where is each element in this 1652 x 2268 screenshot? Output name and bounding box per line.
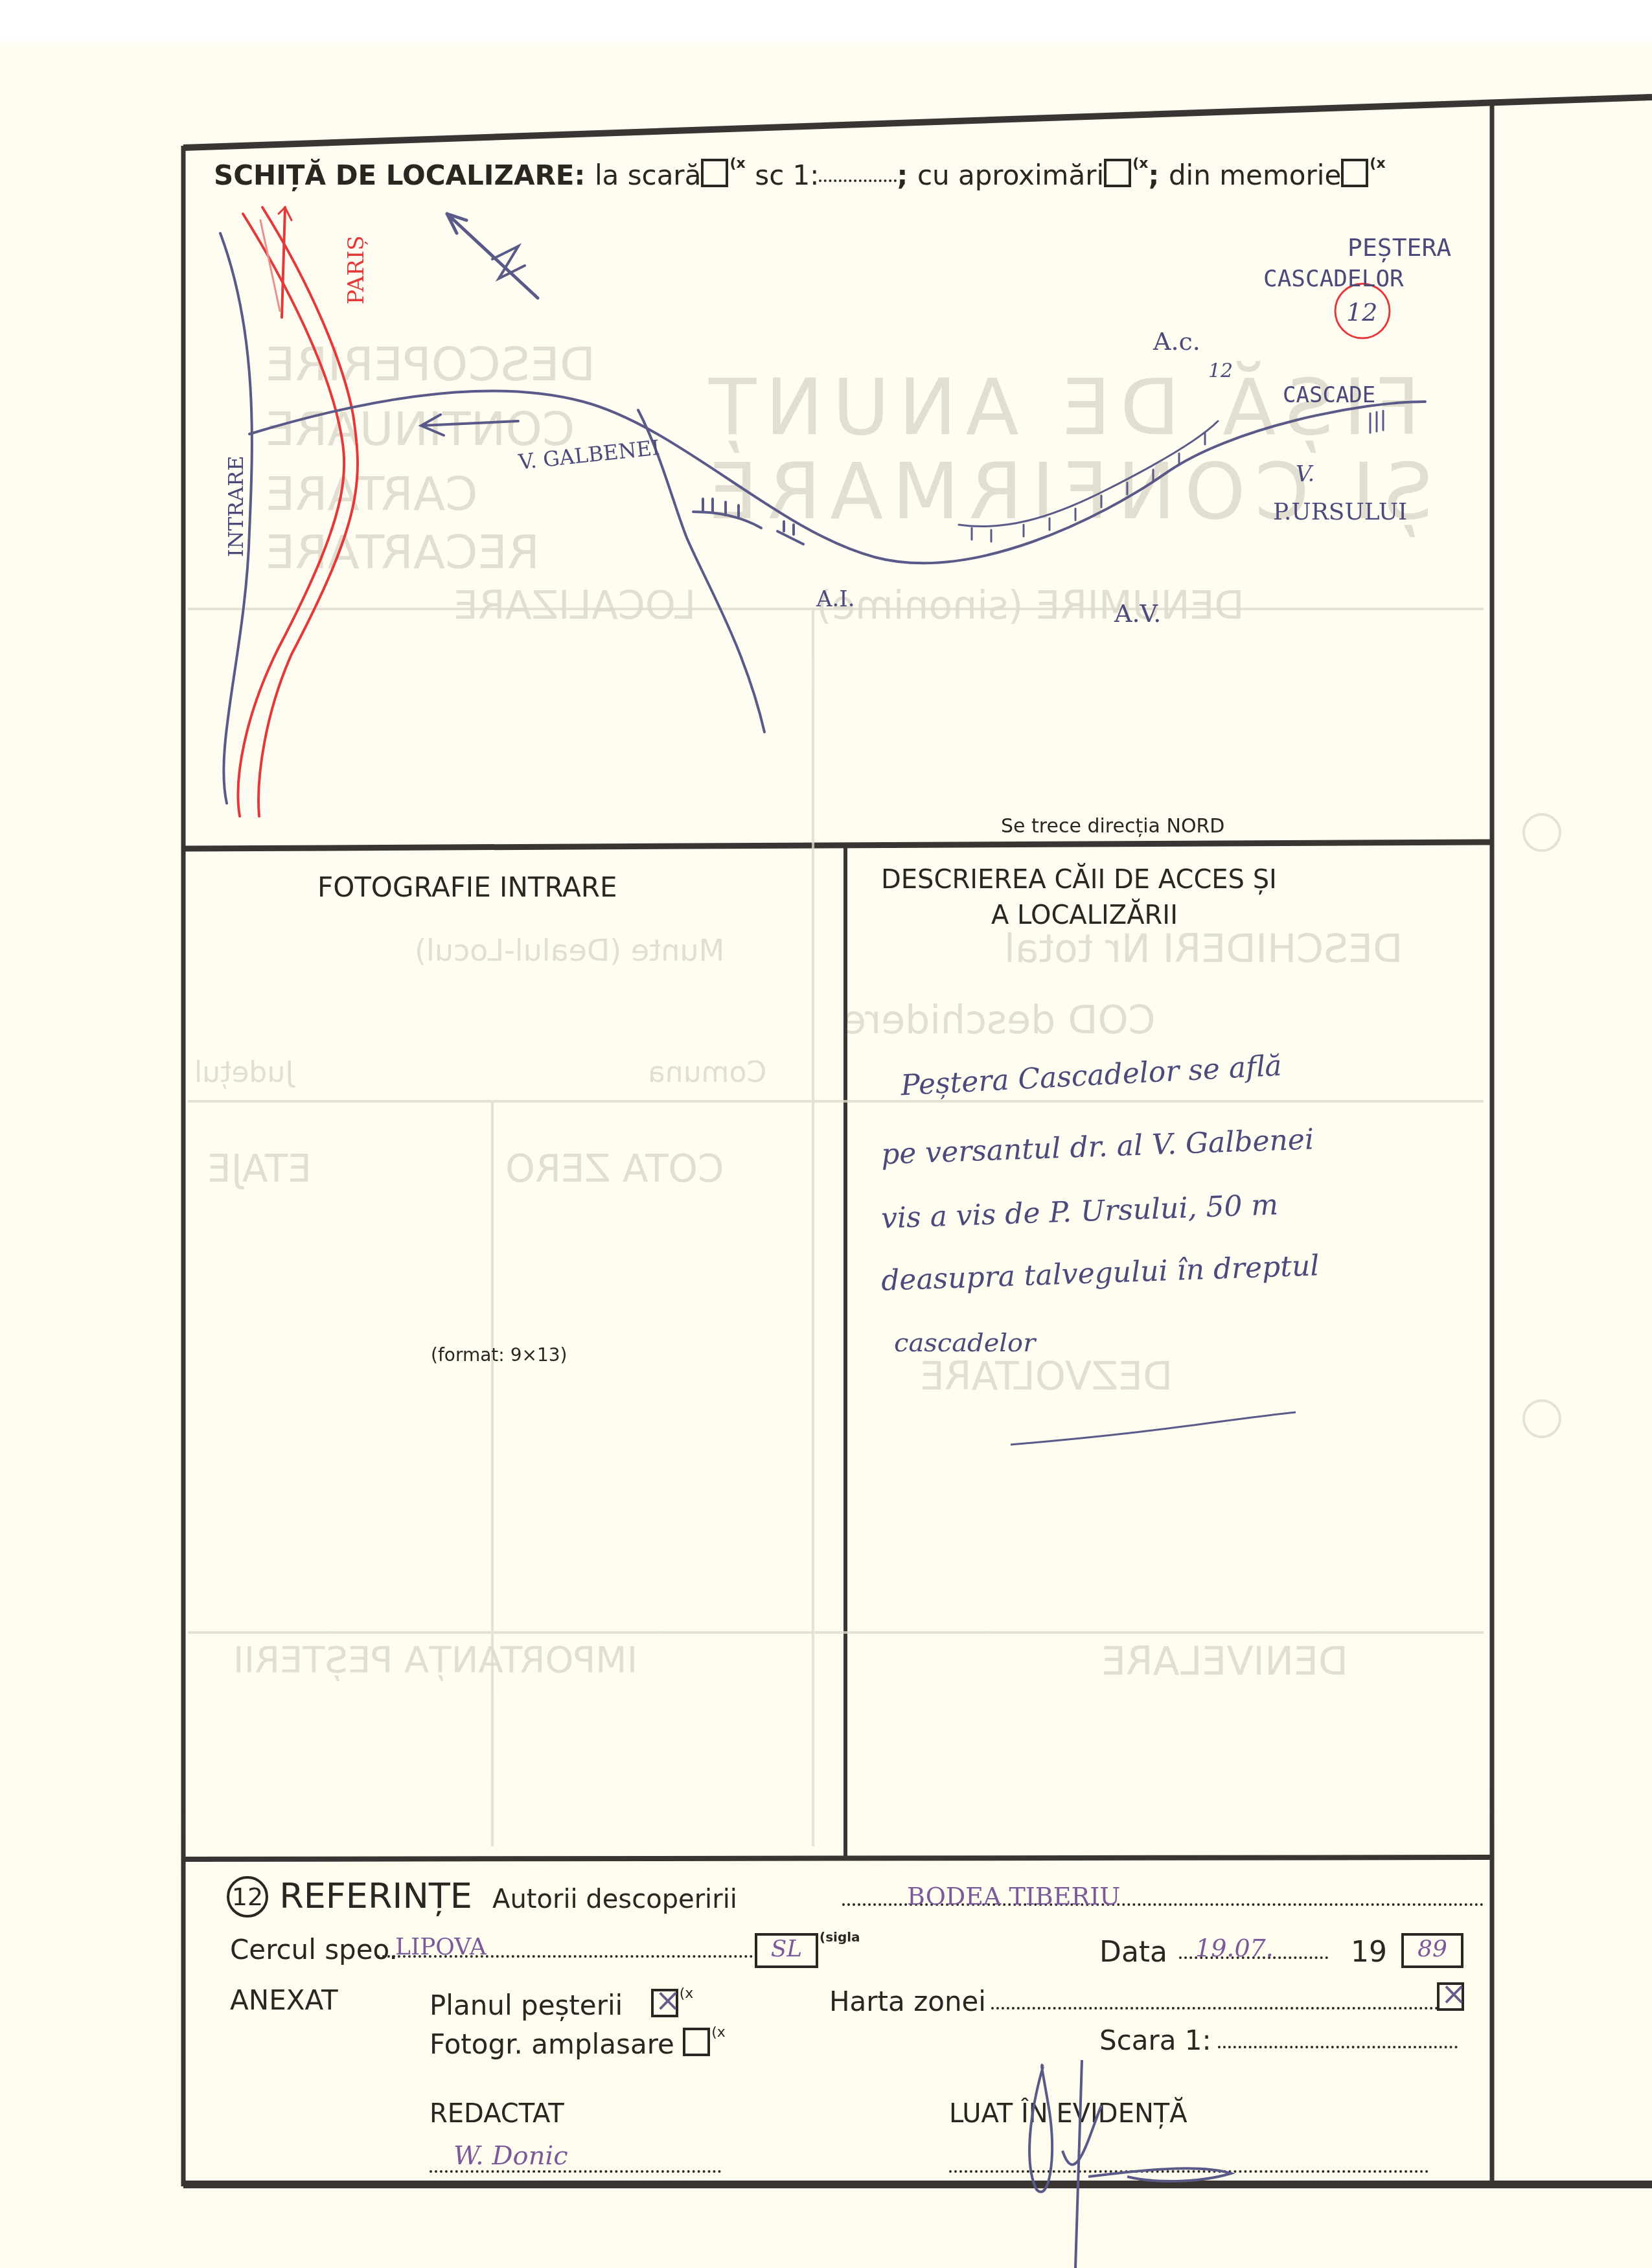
recorded-signature-scribble bbox=[0, 0, 1652, 2268]
scanned-form-page: FIȘĂ DE ANUNȚ ȘI CONFIRMARE DESCOPERIRE … bbox=[0, 0, 1652, 2268]
